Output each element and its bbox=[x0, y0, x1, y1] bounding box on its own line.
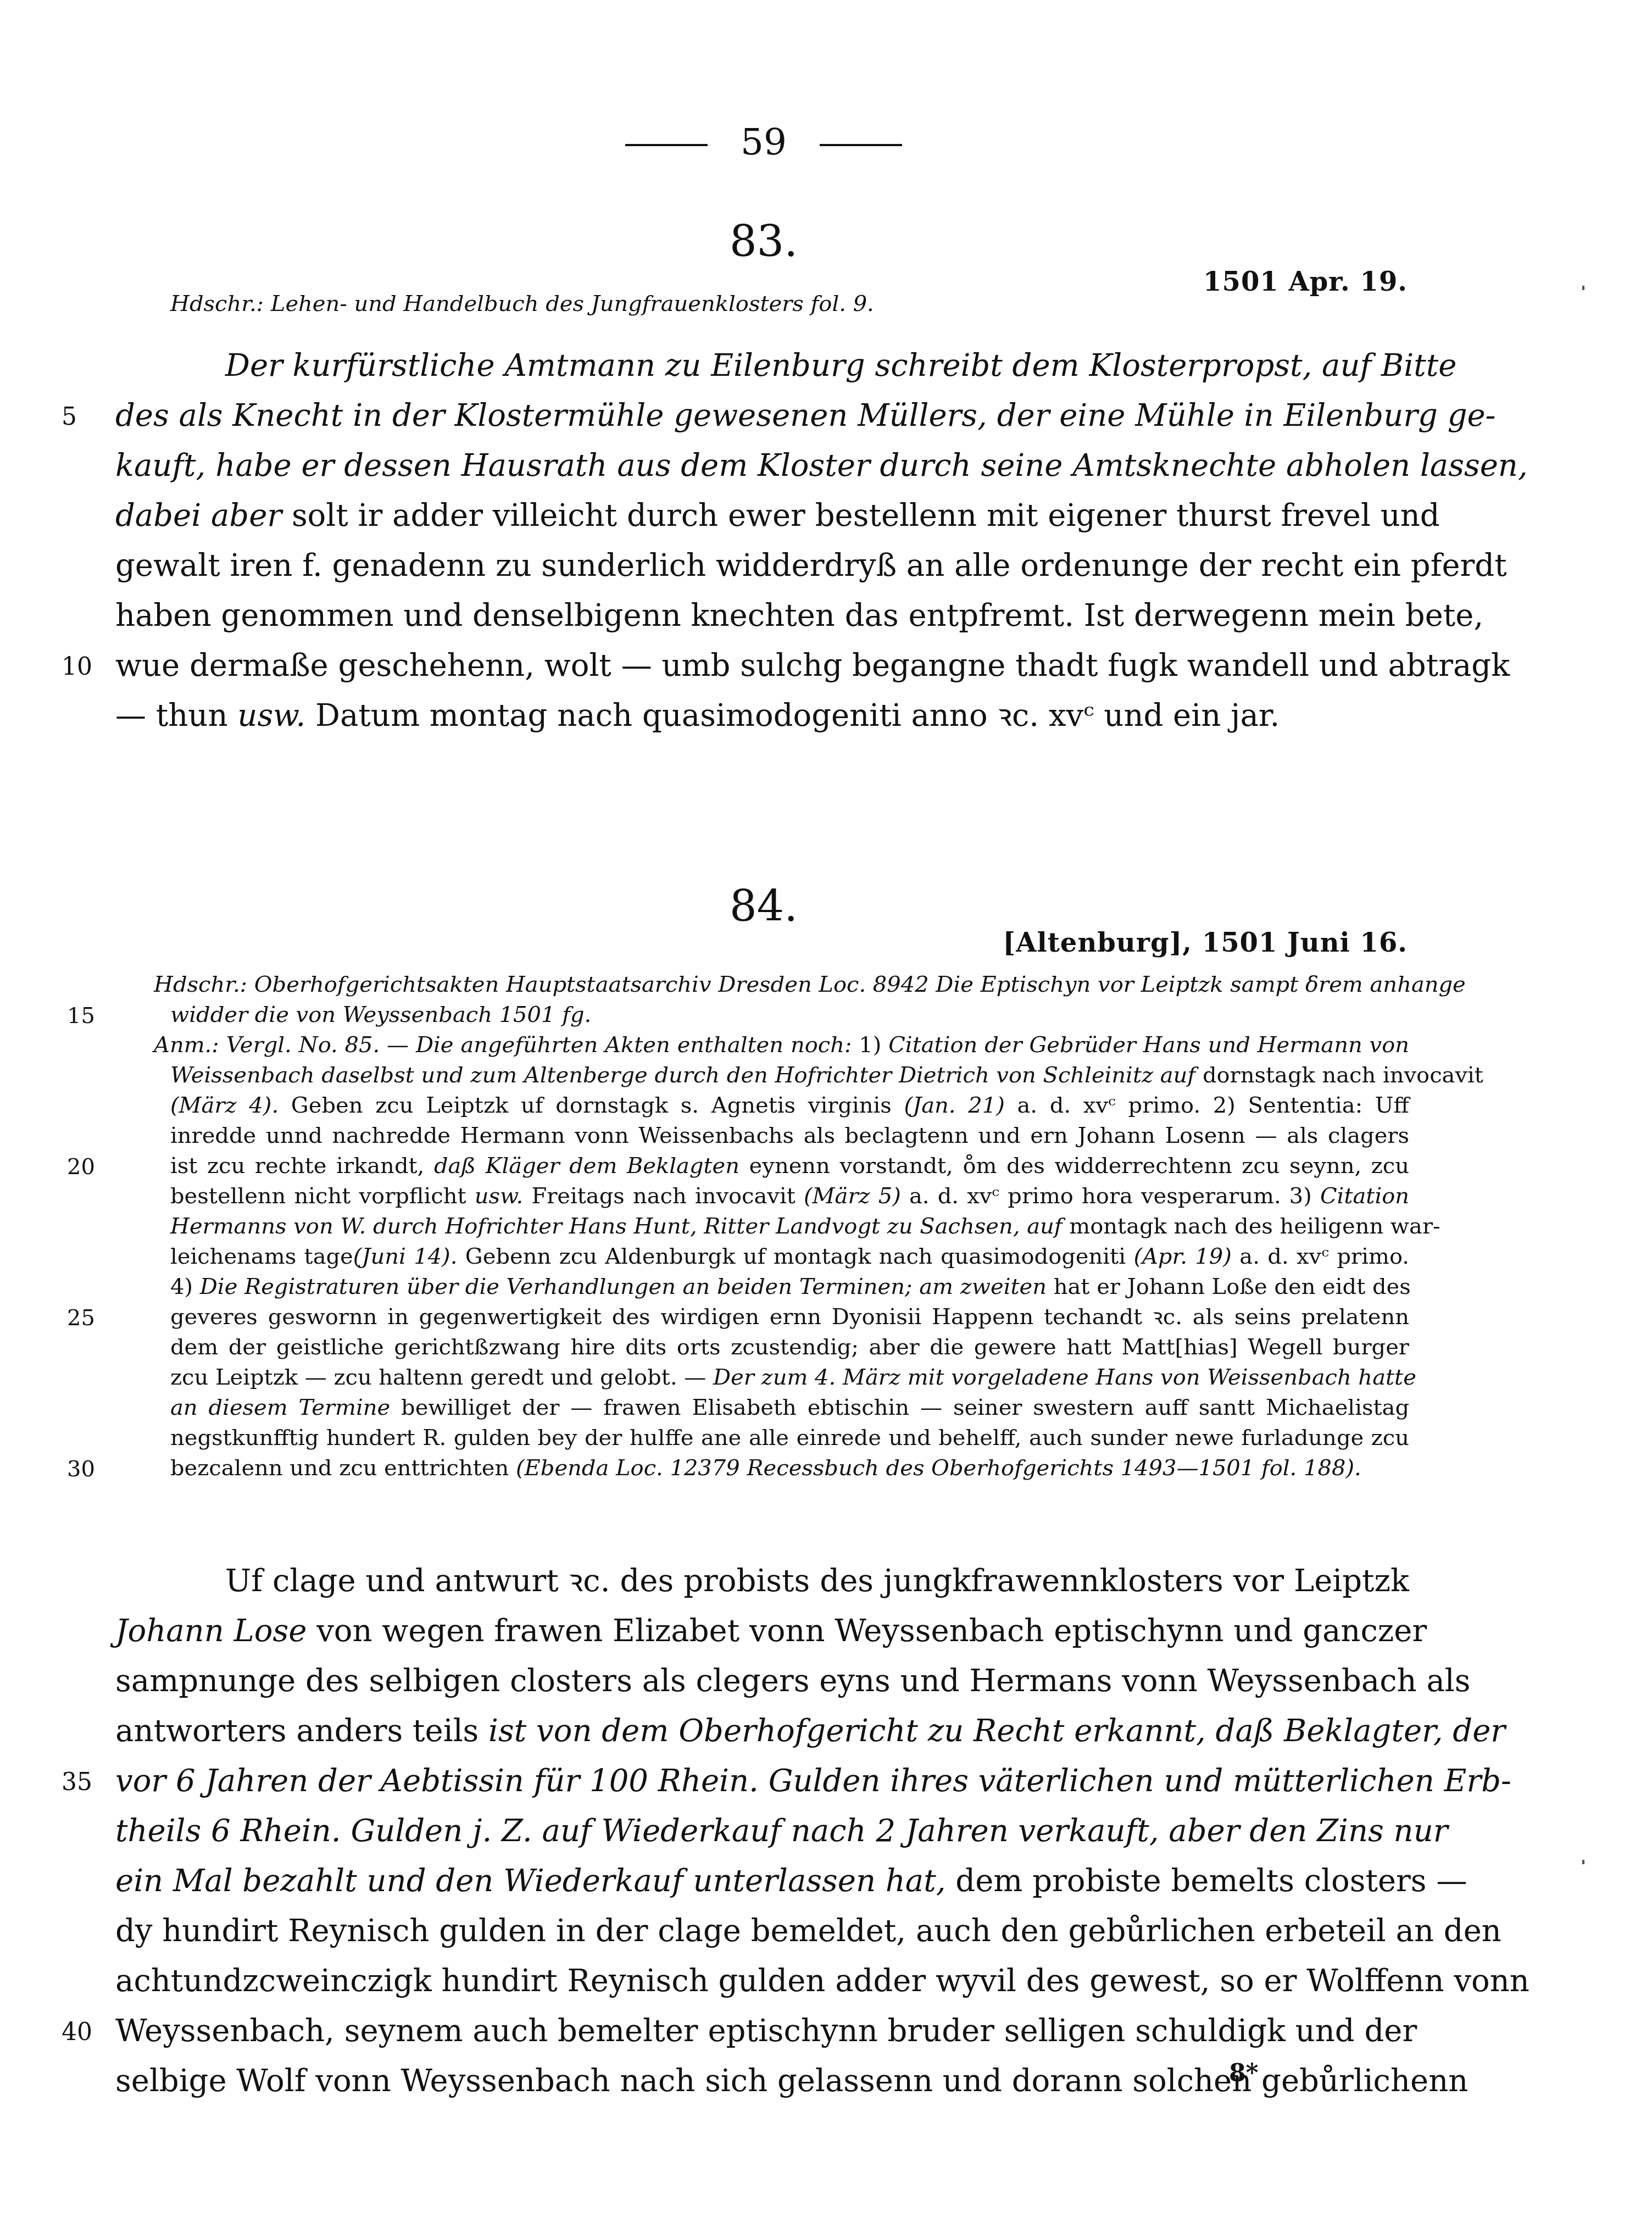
text: inredde unnd nachredde Hermann vonn Weis… bbox=[170, 1123, 1409, 1148]
document-number-83: 83. bbox=[0, 217, 1527, 266]
text-line: dabei aber solt ir adder villeicht durch… bbox=[115, 491, 1409, 541]
italic-text: des als Knecht in der Klostermühle gewes… bbox=[115, 398, 1496, 434]
text: Gebenn zcu Aldenburgk uf montagk nach qu… bbox=[457, 1244, 1133, 1269]
text: bestellenn nicht vorpflicht bbox=[170, 1183, 475, 1209]
text-line: Der kurfürstliche Amtmann zu Eilenburg s… bbox=[115, 341, 1409, 391]
text: bewilliget der — frawen Elisabeth ebtisc… bbox=[390, 1395, 1409, 1420]
text: leichenams tage bbox=[170, 1244, 353, 1269]
document-body-83: Der kurfürstliche Amtmann zu Eilenburg s… bbox=[115, 341, 1409, 741]
header-rule-left bbox=[625, 144, 708, 146]
note-line: an diesem Termine bewilliget der — frawe… bbox=[170, 1393, 1409, 1423]
text: Uf clage und antwurt ꝛc. des probists de… bbox=[225, 1563, 1409, 1599]
text: dem der geistliche gerichtßzwang hire di… bbox=[170, 1335, 1409, 1360]
text: hat er Johann Loße den eidt des bbox=[1047, 1274, 1411, 1299]
text: zcu Leiptzk — zcu haltenn geredt und gel… bbox=[170, 1365, 713, 1390]
italic-text: (Apr. 19) bbox=[1133, 1244, 1231, 1269]
text: negstkunfftig hundert R. gulden bey der … bbox=[170, 1425, 1409, 1451]
text: dornstagk nach invocavit bbox=[1195, 1063, 1483, 1088]
note-line: widder die von Weyssenbach 1501 fg. bbox=[170, 1000, 1409, 1030]
text: achtundzcweinczigk hundirt Reynisch guld… bbox=[115, 1963, 1529, 1999]
note-line: Hermanns von W. durch Hofrichter Hans Hu… bbox=[170, 1212, 1409, 1242]
text: dem probiste bemelts closters — bbox=[946, 1863, 1467, 1899]
text-line: theils 6 Rhein. Gulden j. Z. auf Wiederk… bbox=[115, 1806, 1409, 1856]
text: — thun bbox=[115, 698, 237, 733]
text-line: dy hundirt Reynisch gulden in der clage … bbox=[115, 1906, 1409, 1956]
text: solt ir adder villeicht durch ewer beste… bbox=[282, 498, 1440, 534]
text: Geben zcu Leiptzk uf dornstagk s. Agneti… bbox=[279, 1093, 904, 1118]
text: Freitags nach invocavit bbox=[523, 1183, 804, 1209]
italic-text: Der kurfürstliche Amtmann zu Eilenburg s… bbox=[225, 348, 1456, 384]
document-page: 59 83. 1501 Apr. 19. Hdschr.: Lehen- und… bbox=[0, 0, 1652, 2234]
italic-text: theils 6 Rhein. Gulden j. Z. auf Wiederk… bbox=[115, 1813, 1448, 1849]
text: eynenn vorstandt, o̊m des widderrechtenn… bbox=[739, 1153, 1409, 1179]
line-number: 25 bbox=[67, 1305, 95, 1331]
document-number-84: 84. bbox=[0, 882, 1527, 931]
text: Weyssenbach, seynem auch bemelter eptisc… bbox=[115, 2013, 1417, 2049]
italic-text: kauft, habe er dessen Hausrath aus dem K… bbox=[115, 448, 1528, 484]
italic-text: Citation bbox=[1320, 1183, 1409, 1209]
text-line: wue dermaße geschehenn, wolt — umb sulch… bbox=[115, 641, 1409, 691]
line-number: 35 bbox=[62, 1768, 92, 1796]
italic-text: Der zum 4. März mit vorgeladene Hans von… bbox=[713, 1365, 1416, 1390]
italic-text: Weissenbach daselbst und zum Altenberge … bbox=[170, 1063, 1195, 1088]
text: selbige Wolf vonn Weyssenbach nach sich … bbox=[115, 2063, 1468, 2099]
text-line: achtundzcweinczigk hundirt Reynisch guld… bbox=[115, 1956, 1409, 2006]
italic-text: dabei aber bbox=[115, 498, 282, 534]
note-line: Hdschr.: Oberhofgerichtsakten Hauptstaat… bbox=[154, 970, 1409, 1000]
text-line: haben genommen und denselbigenn knechten… bbox=[115, 591, 1409, 641]
text-line: selbige Wolf vonn Weyssenbach nach sich … bbox=[115, 2056, 1409, 2106]
italic-text: (März 5) bbox=[804, 1183, 901, 1209]
text-line: Uf clage und antwurt ꝛc. des probists de… bbox=[115, 1556, 1409, 1606]
note-line: 4) Die Registraturen über die Verhandlun… bbox=[170, 1272, 1409, 1302]
italic-text: Anm.: Vergl. No. 85. — Die angeführten A… bbox=[154, 1032, 852, 1058]
text: geveres geswornn in gegenwertigkeit des … bbox=[170, 1304, 1409, 1330]
italic-text: daß Kläger dem Beklagten bbox=[434, 1153, 739, 1179]
italic-text: (März 4). bbox=[170, 1093, 279, 1118]
line-number: 40 bbox=[62, 2018, 92, 2046]
text-line: — thun usw. Datum montag nach quasimodog… bbox=[115, 691, 1409, 741]
note-line: Anm.: Vergl. No. 85. — Die angeführten A… bbox=[154, 1030, 1409, 1060]
text: 4) bbox=[170, 1274, 200, 1299]
italic-text: Hdschr.: Oberhofgerichtsakten Hauptstaat… bbox=[154, 972, 1466, 997]
note-line: dem der geistliche gerichtßzwang hire di… bbox=[170, 1332, 1409, 1363]
text-line: Johann Lose von wegen frawen Elizabet vo… bbox=[115, 1606, 1409, 1656]
text: haben genommen und denselbigenn knechten… bbox=[115, 598, 1483, 633]
page-number: 59 bbox=[741, 121, 787, 163]
text: a. d. xvᶜ primo. 2) Sententia: Uff bbox=[1005, 1093, 1409, 1118]
text-line: ein Mal bezahlt und den Wiederkauf unter… bbox=[115, 1856, 1409, 1906]
italic-text: Die Registraturen über die Verhandlungen… bbox=[200, 1274, 1047, 1299]
text: sampnunge des selbigen closters als cleg… bbox=[115, 1663, 1470, 1699]
text: a. d. xvᶜ primo. bbox=[1232, 1244, 1409, 1269]
italic-text: vor 6 Jahren der Aebtissin für 100 Rhein… bbox=[115, 1763, 1511, 1799]
italic-text: an diesem Termine bbox=[170, 1395, 390, 1420]
italic-text: Citation der Gebrüder Hans und Hermann v… bbox=[888, 1032, 1409, 1058]
text: ist zcu rechte irkandt, bbox=[170, 1153, 434, 1179]
text: a. d. xvᶜ primo hora vesperarum. 3) bbox=[901, 1183, 1320, 1209]
text: von wegen frawen Elizabet vonn Weyssenba… bbox=[307, 1613, 1427, 1649]
scan-speck bbox=[1582, 1860, 1584, 1864]
italic-text: widder die von Weyssenbach 1501 fg. bbox=[170, 1002, 591, 1027]
italic-text: ist von dem Oberhofgericht zu Recht erka… bbox=[488, 1713, 1505, 1749]
text: 1) bbox=[852, 1032, 888, 1058]
italic-text: Hermanns von W. durch Hofrichter Hans Hu… bbox=[170, 1214, 1063, 1239]
text-line: kauft, habe er dessen Hausrath aus dem K… bbox=[115, 441, 1409, 491]
scan-speck bbox=[1582, 286, 1584, 290]
source-citation-83: Hdschr.: Lehen- und Handelbuch des Jungf… bbox=[170, 291, 874, 316]
note-line: bezcalenn und zcu enttrichten (Ebenda Lo… bbox=[170, 1453, 1409, 1483]
note-line: (März 4). Geben zcu Leiptzk uf dornstagk… bbox=[170, 1091, 1409, 1121]
apparatus-notes-84: Hdschr.: Oberhofgerichtsakten Hauptstaat… bbox=[170, 970, 1409, 1483]
text-line: des als Knecht in der Klostermühle gewes… bbox=[115, 391, 1409, 441]
header-rule-right bbox=[820, 144, 902, 146]
document-body-84: Uf clage und antwurt ꝛc. des probists de… bbox=[115, 1556, 1409, 2106]
italic-text: (Jan. 21) bbox=[904, 1093, 1005, 1118]
italic-text: usw. bbox=[475, 1183, 524, 1209]
text: Datum montag nach quasimodogeniti anno ꝛ… bbox=[305, 698, 1280, 733]
italic-text: (Juni 14). bbox=[353, 1244, 458, 1269]
note-line: Weissenbach daselbst und zum Altenberge … bbox=[170, 1060, 1409, 1091]
line-number: 15 bbox=[67, 1003, 95, 1029]
italic-text: Johann Lose bbox=[115, 1613, 307, 1649]
text-line: sampnunge des selbigen closters als cleg… bbox=[115, 1656, 1409, 1706]
note-line: ist zcu rechte irkandt, daß Kläger dem B… bbox=[170, 1151, 1409, 1181]
note-line: geveres geswornn in gegenwertigkeit des … bbox=[170, 1302, 1409, 1332]
text: bezcalenn und zcu enttrichten bbox=[170, 1455, 516, 1481]
text-line: gewalt iren f. genadenn zu sunderlich wi… bbox=[115, 541, 1409, 591]
text: montagk nach des heiligenn war- bbox=[1063, 1214, 1440, 1239]
text: wue dermaße geschehenn, wolt — umb sulch… bbox=[115, 648, 1510, 683]
text: gewalt iren f. genadenn zu sunderlich wi… bbox=[115, 548, 1507, 583]
text: dy hundirt Reynisch gulden in der clage … bbox=[115, 1913, 1501, 1949]
signature-mark: 8* bbox=[1229, 2059, 1259, 2087]
note-line: zcu Leiptzk — zcu haltenn geredt und gel… bbox=[170, 1363, 1409, 1393]
text-line: antworters anders teils ist von dem Ober… bbox=[115, 1706, 1409, 1756]
note-line: leichenams tage(Juni 14). Gebenn zcu Ald… bbox=[170, 1242, 1409, 1272]
line-number: 20 bbox=[67, 1154, 95, 1180]
italic-text: ein Mal bezahlt und den Wiederkauf unter… bbox=[115, 1863, 946, 1899]
text: antworters anders teils bbox=[115, 1713, 488, 1749]
line-number: 10 bbox=[62, 653, 92, 681]
text-line: Weyssenbach, seynem auch bemelter eptisc… bbox=[115, 2006, 1409, 2056]
line-number: 30 bbox=[67, 1457, 95, 1482]
note-line: negstkunfftig hundert R. gulden bey der … bbox=[170, 1423, 1409, 1453]
italic-text: (Ebenda Loc. 12379 Recessbuch des Oberho… bbox=[516, 1455, 1361, 1481]
document-date-83: 1501 Apr. 19. bbox=[1203, 266, 1408, 297]
note-line: inredde unnd nachredde Hermann vonn Weis… bbox=[170, 1121, 1409, 1151]
line-number: 5 bbox=[62, 403, 77, 431]
italic-text: usw. bbox=[237, 698, 305, 733]
document-date-84: [Altenburg], 1501 Juni 16. bbox=[1003, 927, 1408, 958]
text-line: vor 6 Jahren der Aebtissin für 100 Rhein… bbox=[115, 1756, 1409, 1806]
note-line: bestellenn nicht vorpflicht usw. Freitag… bbox=[170, 1181, 1409, 1212]
page-header: 59 bbox=[0, 121, 1527, 163]
